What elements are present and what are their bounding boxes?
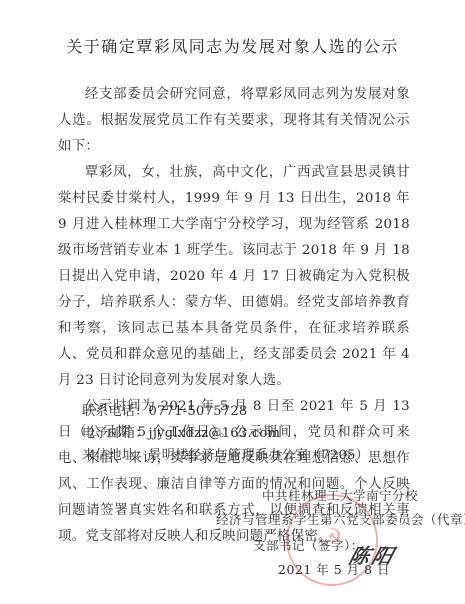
contact-email: 电子邮箱：jjyglxdzz@163.com: [82, 422, 280, 441]
signoff-secretary-label: 支部书记（签字）：: [253, 536, 364, 554]
document-title: 关于确定覃彩凤同志为发展对象人选的公示: [0, 34, 465, 57]
signoff-date: 2021 年 5 月 8 日: [278, 560, 390, 578]
contact-phone: 联系电话：0771-5075728: [82, 400, 247, 419]
signoff-org-line2: 经济与管理系学生第六党支部委员会（代章）: [216, 510, 465, 528]
paragraph-profile: 覃彩凤，女，壮族，高中文化，广西武宣县思灵镇甘棠村民委甘棠村人，1999 年 9…: [58, 160, 410, 394]
signoff-org-line1: 中共桂林理工大学南宁分校: [262, 486, 418, 504]
document-body: 经支部委员会研究同意，将覃彩凤同志列为发展对象人选。根据发展党员工作有关要求，现…: [58, 82, 410, 550]
paragraph-intro: 经支部委员会研究同意，将覃彩凤同志列为发展对象人选。根据发展党员工作有关要求，现…: [58, 82, 410, 160]
contact-address: 来信地址：景明楼经济与管理系办公室（7205）: [82, 444, 369, 463]
